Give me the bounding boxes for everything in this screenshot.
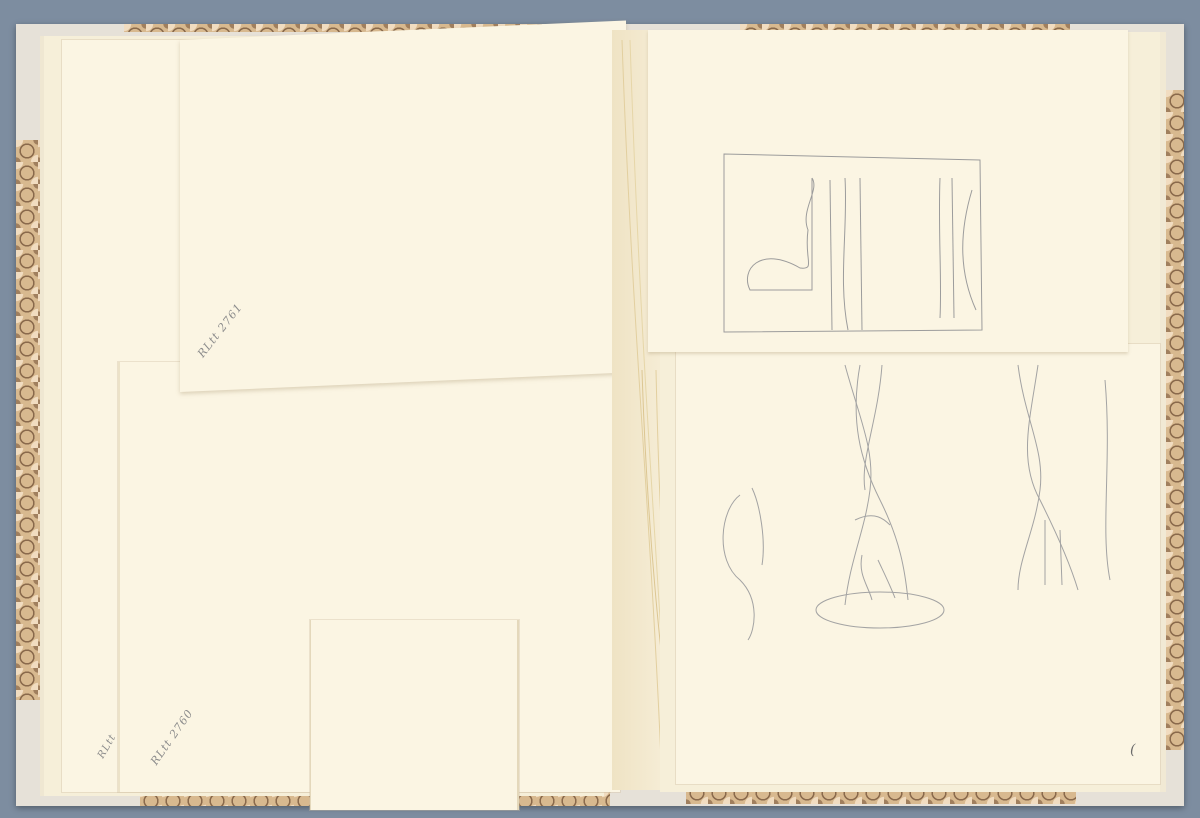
left-upper-tipped-sheet <box>180 21 626 392</box>
left-small-tipped-sheet <box>310 620 519 810</box>
endpaper-right-edge <box>1166 90 1184 750</box>
corner-pencil-mark: ( <box>1130 742 1136 758</box>
endpaper-left-edge <box>16 140 42 700</box>
sketch-rectangular-composition <box>720 150 990 335</box>
sketch-twisted-forms <box>700 360 1160 640</box>
